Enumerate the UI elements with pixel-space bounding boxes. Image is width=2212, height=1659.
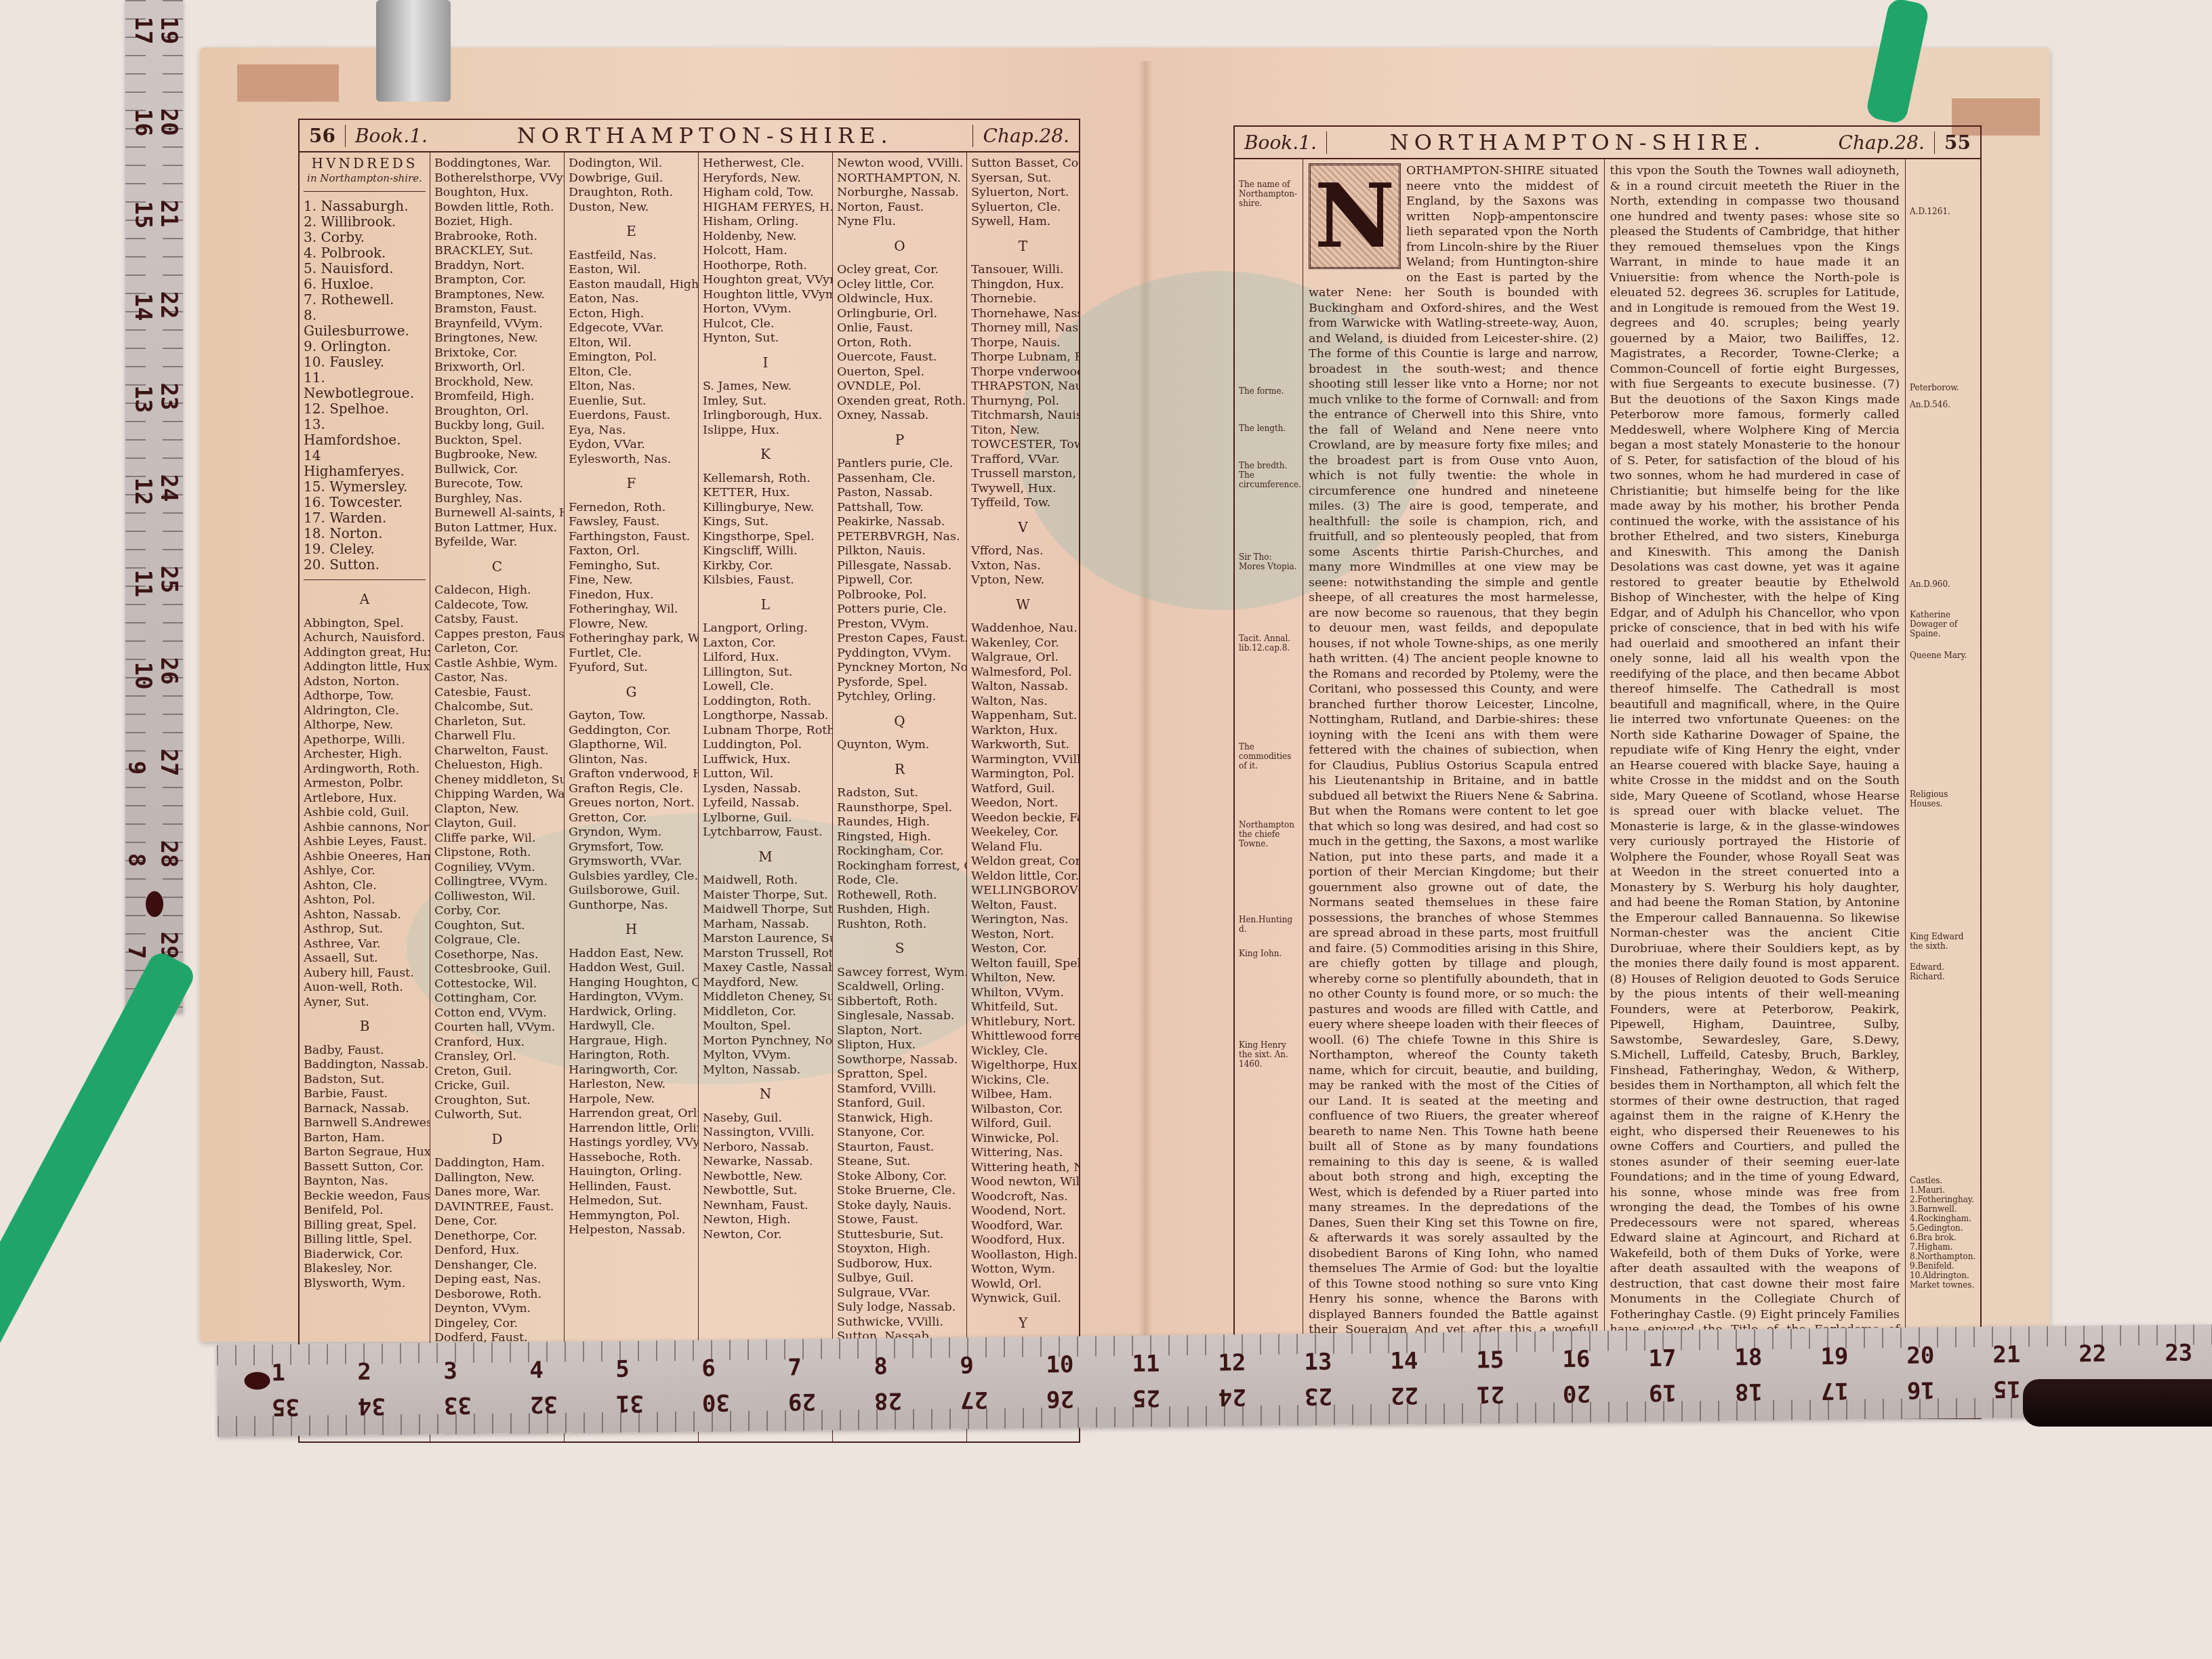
place-entry: Stamford, VVilli. xyxy=(837,1082,962,1097)
place-entry: Pattshall, Tow. xyxy=(837,501,962,516)
margin-note: The name of Northampton-shire. xyxy=(1239,180,1300,208)
place-entry: Barbie, Faust. xyxy=(304,1087,426,1102)
ruler-number: 19 xyxy=(1820,1343,1848,1370)
place-entry: Buckton, Spel. xyxy=(434,434,560,449)
place-entry: Weland Flu. xyxy=(971,840,1075,855)
place-entry: Passenham, Cle. xyxy=(837,472,962,487)
ruler-number: 35 xyxy=(272,1393,300,1420)
place-entry: Farthingston, Faust. xyxy=(569,530,694,545)
place-entry: Chalcombe, Sut. xyxy=(434,700,560,715)
place-entry: Holdenby, New. xyxy=(703,230,828,245)
place-entry: Mylton, Nassab. xyxy=(703,1063,828,1078)
letter-heading: O xyxy=(837,239,962,254)
place-entry: Bugbrooke, New. xyxy=(434,448,560,463)
place-entry: BRACKLEY, Sut. xyxy=(434,244,560,259)
place-entry: Heryfords, New. xyxy=(703,171,828,186)
place-entry: Watford, Guil. xyxy=(971,782,1075,797)
ruler-number: 3 xyxy=(443,1357,457,1385)
place-entry: Sulbye, Guil. xyxy=(837,1271,962,1286)
place-entry: Ringsted, High. xyxy=(837,830,962,845)
place-entry: Armeston, Polbr. xyxy=(304,777,426,792)
place-entry: Stoke Albony, Cor. xyxy=(837,1170,962,1185)
place-entry: Thingdon, Hux. xyxy=(971,278,1075,293)
place-entry: Cogniliey, VVym. xyxy=(434,861,560,876)
ruler-hole xyxy=(146,891,163,917)
ruler-number: 27 xyxy=(155,749,182,777)
place-entry: Burecote, Tow. xyxy=(434,477,560,492)
ruler-number: 28 xyxy=(155,840,182,868)
place-entry: Aldrington, Cle. xyxy=(304,704,426,719)
place-entry: Houghton great, VVym. xyxy=(703,273,828,288)
place-entry: Danes more, War. xyxy=(434,1185,560,1200)
place-entry: Grafton Regis, Cle. xyxy=(569,782,694,797)
place-entry: Elton, Nas. xyxy=(569,380,694,394)
place-entry: Ouercote, Faust. xyxy=(837,350,962,365)
place-entry: Billing great, Spel. xyxy=(304,1218,426,1233)
place-entry: Collingtree, VVym. xyxy=(434,875,560,890)
place-entry: Bramston, Faust. xyxy=(434,302,560,317)
place-entry: Ardingworth, Roth. xyxy=(304,762,426,777)
place-entry: Kirkby, Cor. xyxy=(703,559,828,574)
place-entry: Peakirke, Nassab. xyxy=(837,515,962,530)
letter-heading: K xyxy=(703,447,828,462)
letter-heading: T xyxy=(971,239,1075,254)
place-entry: Thorney mill, Nassab. xyxy=(971,321,1075,336)
place-entry: Moulton, Spel. xyxy=(703,1019,828,1034)
place-entry: Gretton, Cor. xyxy=(569,811,694,826)
ruler-number: 19 xyxy=(155,17,182,45)
place-entry: Singlesale, Nassab. xyxy=(837,1009,962,1024)
ruler-number: 26 xyxy=(155,657,182,685)
place-entry: Ashbie cold, Guil. xyxy=(304,806,426,821)
place-entry: Ouerton, Spel. xyxy=(837,365,962,380)
hundred-item: 13. Hamfordshoe. xyxy=(304,417,426,448)
ruler-number: 7 xyxy=(787,1354,802,1381)
hundred-item: 10. Fausley. xyxy=(304,354,426,370)
letter-heading: S xyxy=(837,941,962,956)
place-entry: Twywell, Hux. xyxy=(971,482,1075,497)
place-entry: Hulcot, Cle. xyxy=(703,317,828,332)
place-entry: Hargraue, High. xyxy=(569,1034,694,1049)
margin-note: Sir Tho: Mores Vtopia. xyxy=(1239,552,1300,571)
letter-heading: G xyxy=(569,685,694,700)
place-entry: Greues norton, Nort. xyxy=(569,796,694,811)
place-entry: Fernedon, Roth. xyxy=(569,501,694,516)
right-margin-notes: A.D.1261.Peterborow.An.D.546.An.D.960.Ka… xyxy=(1905,159,1980,1418)
green-clip-bottom xyxy=(0,949,198,1629)
place-entry: Walton, Nas. xyxy=(971,695,1075,710)
place-entry: Brabrooke, Roth. xyxy=(434,230,560,245)
ruler-number: 11 xyxy=(1132,1350,1160,1377)
place-entry: NORTHAMPTON, N. xyxy=(837,171,962,186)
place-entry: Cottestocke, Wil. xyxy=(434,977,560,992)
place-entry: Naseby, Guil. xyxy=(703,1111,828,1126)
place-entry: Lyfeild, Nassab. xyxy=(703,796,828,811)
margin-note: An.D.960. xyxy=(1910,579,1978,589)
place-entry: Sywell, Ham. xyxy=(971,215,1075,230)
place-entry: Wittering heath, Nas. xyxy=(971,1161,1075,1176)
place-entry: Thornehawe, Nassab. xyxy=(971,307,1075,322)
place-entry: Oldwincle, Hux. xyxy=(837,292,962,307)
place-entry: Denethorpe, Cor. xyxy=(434,1229,560,1244)
place-entry: Dowbrige, Guil. xyxy=(569,171,694,186)
left-page: 56 Book.1. NORTHAMPTON-SHIRE. Chap.28. H… xyxy=(298,119,1080,1443)
margin-note: Peterborow. xyxy=(1910,383,1978,392)
place-entry: Stoke dayly, Nauis. xyxy=(837,1199,962,1214)
place-entry: Finedon, Hux. xyxy=(569,588,694,603)
place-entry: Kingscliff, Willi. xyxy=(703,544,828,559)
place-entry: Warkton, Hux. xyxy=(971,724,1075,739)
place-entry: Luddington, Pol. xyxy=(703,738,828,753)
place-entry: Lylborne, Guil. xyxy=(703,811,828,826)
place-entry: Hetherwest, Cle. xyxy=(703,157,828,171)
place-entry: Newton, High. xyxy=(703,1213,828,1228)
place-entry: Weldon little, Cor. xyxy=(971,869,1075,884)
ruler-number: 13 xyxy=(1304,1349,1332,1376)
index-column: Sutton Basset, Cor.Syersan, Sut.Syluerto… xyxy=(967,152,1079,1441)
column-text: ORTHAMPTON-SHIRE situated neere vnto the… xyxy=(1309,164,1599,1418)
left-margin-notes: The name of Northampton-shire.The forme.… xyxy=(1235,159,1303,1418)
ruler-number: 21 xyxy=(155,200,182,228)
place-entry: Raunsthorpe, Spel. xyxy=(837,801,962,816)
margin-note: Queene Mary. xyxy=(1910,651,1978,660)
margin-note: Castles. 1.Mauri. 2.Fotheringhay. 3.Barn… xyxy=(1910,1176,1978,1290)
place-entry: Bringtones, New. xyxy=(434,331,560,346)
place-entry: Rockingham, Cor. xyxy=(837,844,962,859)
place-entry: Badby, Faust. xyxy=(304,1044,426,1059)
place-entry: Titchmarsh, Nauis. xyxy=(971,409,1075,424)
ruler-number: 14 xyxy=(129,293,157,321)
place-entry: Chipping Warden, War. xyxy=(434,787,560,802)
place-entry: THRAPSTON, Nauis. xyxy=(971,380,1075,394)
place-entry: Corby, Cor. xyxy=(434,904,560,919)
place-entry: Wilford, Guil. xyxy=(971,1117,1075,1132)
place-entry: Whitlebury, Nort. xyxy=(971,1015,1075,1030)
place-entry: Thorpe vnderwood, R. xyxy=(971,365,1075,380)
page-number: 55 xyxy=(1935,131,1980,154)
place-entry: Draughton, Roth. xyxy=(569,186,694,201)
place-entry: Sudborow, Hux. xyxy=(837,1257,962,1272)
place-entry: Walmesford, Pol. xyxy=(971,665,1075,680)
ruler-number: 16 xyxy=(129,109,157,137)
letter-heading: C xyxy=(434,560,560,575)
place-entry: Radston, Sut. xyxy=(837,786,962,801)
place-entry: Newbottle, Sut. xyxy=(703,1184,828,1199)
tape-left xyxy=(237,64,339,102)
place-entry: Weston, Nort. xyxy=(971,928,1075,943)
index-column: Newton wood, VVilli.NORTHAMPTON, N.Norbu… xyxy=(833,152,967,1441)
place-entry: Cranford, Hux. xyxy=(434,1036,560,1050)
ruler-number: 8 xyxy=(874,1353,888,1380)
place-entry: Buckby long, Guil. xyxy=(434,419,560,434)
hundred-item: 1. Nassaburgh. xyxy=(304,199,426,214)
place-entry: Weedon beckie, Faust. xyxy=(971,811,1075,826)
place-entry: Ashbie Oneeres, Ham. xyxy=(304,850,426,865)
hundreds-and-a-column: HVNDREDS in Northampton-shire. 1. Nassab… xyxy=(300,152,430,1441)
letter-heading: P xyxy=(837,433,962,448)
place-entry: Buton Lattmer, Hux. xyxy=(434,521,560,536)
ruler-number: 6 xyxy=(701,1355,716,1382)
ruler-number: 2 xyxy=(357,1359,371,1386)
place-entry: Warkworth, Sut. xyxy=(971,738,1075,753)
letter-heading: R xyxy=(837,762,962,777)
book-label: Book.1. xyxy=(1235,131,1327,154)
place-entry: Killingburye, New. xyxy=(703,501,828,516)
place-entry: Deynton, VVym. xyxy=(434,1302,560,1317)
ruler-number: 24 xyxy=(1218,1383,1246,1410)
place-entry: Sulgraue, VVar. xyxy=(837,1286,962,1301)
letter-heading: V xyxy=(971,520,1075,535)
hundreds-list: 1. Nassaburgh.2. Willibrook.3. Corby.4. … xyxy=(304,199,426,573)
hundred-item: 6. Huxloe. xyxy=(304,276,426,292)
ruler-number: 8 xyxy=(123,853,150,867)
ruler-number: 20 xyxy=(1563,1380,1591,1407)
ruler-number: 21 xyxy=(1992,1341,2020,1368)
place-entry: Maidwell Thorpe, Sut. xyxy=(703,903,828,918)
letter-heading: F xyxy=(569,476,694,491)
hundred-item: 16. Towcester. xyxy=(304,495,426,510)
place-entry: Wakenley, Cor. xyxy=(971,636,1075,651)
place-entry: Nerboro, Nassab. xyxy=(703,1141,828,1155)
place-entry: Stuttesburie, Sut. xyxy=(837,1228,962,1243)
place-entry: Courten hall, VVym. xyxy=(434,1021,560,1036)
place-entry: Onlie, Faust. xyxy=(837,321,962,336)
hundred-item: 11. Newbotlegroue. xyxy=(304,370,426,401)
place-entry: Artlebore, Hux. xyxy=(304,792,426,806)
letter-heading: M xyxy=(703,850,828,865)
hundred-item: 5. Nauisford. xyxy=(304,261,426,276)
place-entry: Trussell marston, Roth. xyxy=(971,467,1075,482)
place-entry: Charwell Flu. xyxy=(434,729,560,744)
place-entry: Althorpe, New. xyxy=(304,718,426,733)
place-entry: Imley, Sut. xyxy=(703,394,828,409)
ruler-number: 18 xyxy=(1735,1378,1763,1405)
place-entry: Mylton, VVym. xyxy=(703,1048,828,1063)
place-entry: Stanwick, High. xyxy=(837,1111,962,1126)
letter-heading: B xyxy=(304,1019,426,1034)
decorated-initial: N xyxy=(1309,163,1401,269)
place-entry: Cheney middleton, Sut. xyxy=(434,773,560,788)
place-entry: Eylesworth, Nas. xyxy=(569,453,694,468)
place-entry: Preston, VVym. xyxy=(837,617,962,632)
place-entry: Potters purie, Cle. xyxy=(837,602,962,617)
place-entry: Guilsborowe, Guil. xyxy=(569,884,694,899)
place-entry: Brixtoke, Cor. xyxy=(434,346,560,361)
place-entry: Eya, Nas. xyxy=(569,424,694,438)
place-entry: Euerdons, Faust. xyxy=(569,409,694,424)
place-entry: Glinton, Nas. xyxy=(569,753,694,768)
hundreds-subtitle: in Northampton-shire. xyxy=(304,171,426,192)
place-entry: Cosethorpe, Nas. xyxy=(434,948,560,963)
place-entry: Marston Trussell, Roth. xyxy=(703,947,828,962)
place-entry: Kilsbies, Faust. xyxy=(703,573,828,588)
place-entry: Dingeley, Cor. xyxy=(434,1317,560,1332)
ruler-number: 25 xyxy=(155,566,182,594)
black-pen xyxy=(2023,1379,2212,1427)
place-entry: Abbington, Spel. xyxy=(304,617,426,632)
place-entry: Sibbertoft, Roth. xyxy=(837,995,962,1010)
index-column: Hetherwest, Cle.Heryfords, New.Higham co… xyxy=(699,152,833,1441)
ruler-hole xyxy=(244,1372,270,1389)
place-entry: Pysforde, Spel. xyxy=(837,676,962,691)
place-entry: Baynton, Nas. xyxy=(304,1174,426,1189)
place-entry: Achurch, Nauisford. xyxy=(304,631,426,646)
ruler-number: 1 xyxy=(271,1359,285,1387)
place-entry: Cricke, Guil. xyxy=(434,1079,560,1094)
place-entry: Clipstone, Roth. xyxy=(434,846,560,861)
place-entry: Wickley, Cle. xyxy=(971,1044,1075,1059)
place-entry: Brampton, Cor. xyxy=(434,273,560,288)
place-entry: Vpton, New. xyxy=(971,573,1075,588)
place-entry: Dene, Cor. xyxy=(434,1214,560,1229)
place-entry: Horton, VVym. xyxy=(703,302,828,317)
place-entry: Ashbie Leyes, Faust. xyxy=(304,835,426,850)
letter-heading: N xyxy=(703,1087,828,1102)
place-entry: Tansouer, Willi. xyxy=(971,263,1075,278)
place-entry: Oxenden great, Roth. xyxy=(837,394,962,409)
ruler-number: 9 xyxy=(960,1352,974,1379)
place-entry: Grymsfort, Tow. xyxy=(569,840,694,855)
metal-clip xyxy=(376,0,451,102)
place-entry: Hardwyll, Cle. xyxy=(569,1019,694,1034)
place-entry: Haddon East, New. xyxy=(569,947,694,962)
place-entry: Harleston, New. xyxy=(569,1078,694,1092)
index-column: AAbbington, Spel.Achurch, Nauisford.Addi… xyxy=(304,579,426,1291)
place-entry: Kingsthorpe, Spel. xyxy=(703,530,828,545)
letter-heading: W xyxy=(971,598,1075,613)
ruler-number: 26 xyxy=(1046,1385,1074,1412)
place-entry: Newnham, Faust. xyxy=(703,1199,828,1214)
hundred-item: 14 Highamferyes. xyxy=(304,448,426,479)
place-entry: Werington, Nas. xyxy=(971,913,1075,928)
place-entry: Newton, Cor. xyxy=(703,1228,828,1243)
place-entry: Boziet, High. xyxy=(434,215,560,230)
place-entry: Harington, Roth. xyxy=(569,1048,694,1063)
place-entry: Chelueston, High. xyxy=(434,758,560,773)
margin-note: King Iohn. xyxy=(1239,949,1300,958)
place-entry: Wigelthorpe, Hux. xyxy=(971,1059,1075,1073)
place-entry: Syluerton, Cle. xyxy=(971,201,1075,216)
hundred-item: 9. Orlington. xyxy=(304,339,426,354)
place-entry: Ashbie cannons, Nort. xyxy=(304,821,426,836)
place-entry: Helpeston, Nassab. xyxy=(569,1223,694,1238)
place-entry: Culworth, Sut. xyxy=(434,1108,560,1123)
place-entry: Charleton, Sut. xyxy=(434,715,560,730)
place-entry: Marham, Nassab. xyxy=(703,918,828,933)
place-entry: Caldecote, Tow. xyxy=(434,598,560,613)
margin-note: A.D.1261. xyxy=(1910,207,1978,216)
ruler-number: 24 xyxy=(155,474,182,502)
place-entry: Oxney, Nassab. xyxy=(837,409,962,424)
place-entry: Whittlewood forrest, N. xyxy=(971,1029,1075,1044)
place-entry: Boddingtones, War. xyxy=(434,157,560,171)
place-entry: Pynckney Morton, Nort. xyxy=(837,661,962,676)
place-entry: Apethorpe, Willi. xyxy=(304,733,426,748)
hundred-item: 12. Spelhoe. xyxy=(304,401,426,417)
place-entry: Hemmyngton, Pol. xyxy=(569,1209,694,1224)
index-column: Boddingtones, War.Botherelsthorpe, VVym.… xyxy=(430,152,565,1441)
place-entry: Sawcey forrest, Wym. xyxy=(837,966,962,981)
ruler-number: 20 xyxy=(155,108,182,136)
place-entry: Ecton, High. xyxy=(569,307,694,322)
place-entry: Barton, Ham. xyxy=(304,1131,426,1146)
margin-note: Northampton the chiefe Towne. xyxy=(1239,820,1300,848)
place-entry: Cottingham, Cor. xyxy=(434,991,560,1006)
place-entry: Paston, Nassab. xyxy=(837,486,962,501)
ruler-number: 5 xyxy=(615,1356,630,1383)
place-entry: Thorpe, Nauis. xyxy=(971,336,1075,351)
place-entry: Stanyone, Cor. xyxy=(837,1126,962,1141)
place-entry: Lytchbarrow, Faust. xyxy=(703,825,828,840)
place-entry: Fawsley, Faust. xyxy=(569,515,694,530)
place-entry: Caldecon, High. xyxy=(434,583,560,598)
place-entry: Preston Capes, Faust. xyxy=(837,632,962,647)
place-entry: Harrendon great, Orling. xyxy=(569,1107,694,1122)
place-entry: Staurton, Faust. xyxy=(837,1141,962,1155)
place-entry: Flowre, New. xyxy=(569,617,694,632)
margin-note: The bredth. The circumference. xyxy=(1239,461,1300,489)
place-entry: Maydford, New. xyxy=(703,976,828,991)
place-entry: Elton, Wil. xyxy=(569,336,694,351)
place-entry: Suthwicke, VVilli. xyxy=(837,1315,962,1330)
place-entry: Stanford, Guil. xyxy=(837,1097,962,1111)
place-entry: Orton, Roth. xyxy=(837,336,962,351)
place-entry: Polbrooke, Pol. xyxy=(837,588,962,603)
place-entry: Weldon great, Cor. xyxy=(971,855,1075,869)
place-entry: Femingho, Sut. xyxy=(569,559,694,574)
place-entry: Furtlet, Cle. xyxy=(569,647,694,661)
place-entry: Syersan, Sut. xyxy=(971,171,1075,186)
place-entry: Thornebie. xyxy=(971,292,1075,307)
page-title: NORTHAMPTON-SHIRE. xyxy=(1327,129,1829,155)
place-entry: Braddyn, Nort. xyxy=(434,259,560,274)
place-entry: Winwicke, Pol. xyxy=(971,1132,1075,1147)
place-entry: Hastings yordley, VVym. xyxy=(569,1136,694,1151)
place-entry: Daddington, Ham. xyxy=(434,1156,560,1171)
place-entry: Hellinden, Faust. xyxy=(569,1180,694,1195)
letter-heading: L xyxy=(703,598,828,613)
place-entry: Lillington, Sut. xyxy=(703,665,828,680)
chapter-body: The name of Northampton-shire.The forme.… xyxy=(1235,159,1980,1418)
place-entry: Asthree, Var. xyxy=(304,937,426,952)
ruler-number: 21 xyxy=(1477,1380,1504,1408)
place-entry: Wynwick, Guil. xyxy=(971,1292,1075,1307)
place-entry: Dallington, New. xyxy=(434,1171,560,1186)
ruler-number: 34 xyxy=(358,1392,386,1419)
place-entry: Walton, Nassab. xyxy=(971,680,1075,695)
place-entry: Eastfeild, Nas. xyxy=(569,249,694,264)
hundred-item: 19. Cleley. xyxy=(304,541,426,557)
place-entry: Rothewell, Roth. xyxy=(837,888,962,903)
place-entry: Hardwick, Orling. xyxy=(569,1005,694,1020)
place-entry: Woodcroft, Nas. xyxy=(971,1190,1075,1205)
place-entry: Grafton vnderwood, Hux. xyxy=(569,767,694,782)
place-entry: Lubnam Thorpe, Roth. xyxy=(703,724,828,739)
place-entry: Pilkton, Nauis. xyxy=(837,544,962,559)
place-entry: Rode, Cle. xyxy=(837,874,962,888)
place-entry: Glapthorne, Wil. xyxy=(569,738,694,753)
place-entry: Eydon, VVar. xyxy=(569,438,694,453)
letter-heading: I xyxy=(703,356,828,371)
place-entry: Welton fauill, Spel. xyxy=(971,957,1075,972)
place-entry: Ashlye, Cor. xyxy=(304,864,426,879)
place-entry: Woollaston, High. xyxy=(971,1248,1075,1263)
place-entry: Addington little, Hux. xyxy=(304,660,426,675)
place-entry: Barton Segraue, Hux. xyxy=(304,1145,426,1160)
place-entry: Hynton, Sut. xyxy=(703,331,828,346)
place-entry: Langport, Orling. xyxy=(703,621,828,636)
place-entry: Asthrop, Sut. xyxy=(304,922,426,937)
